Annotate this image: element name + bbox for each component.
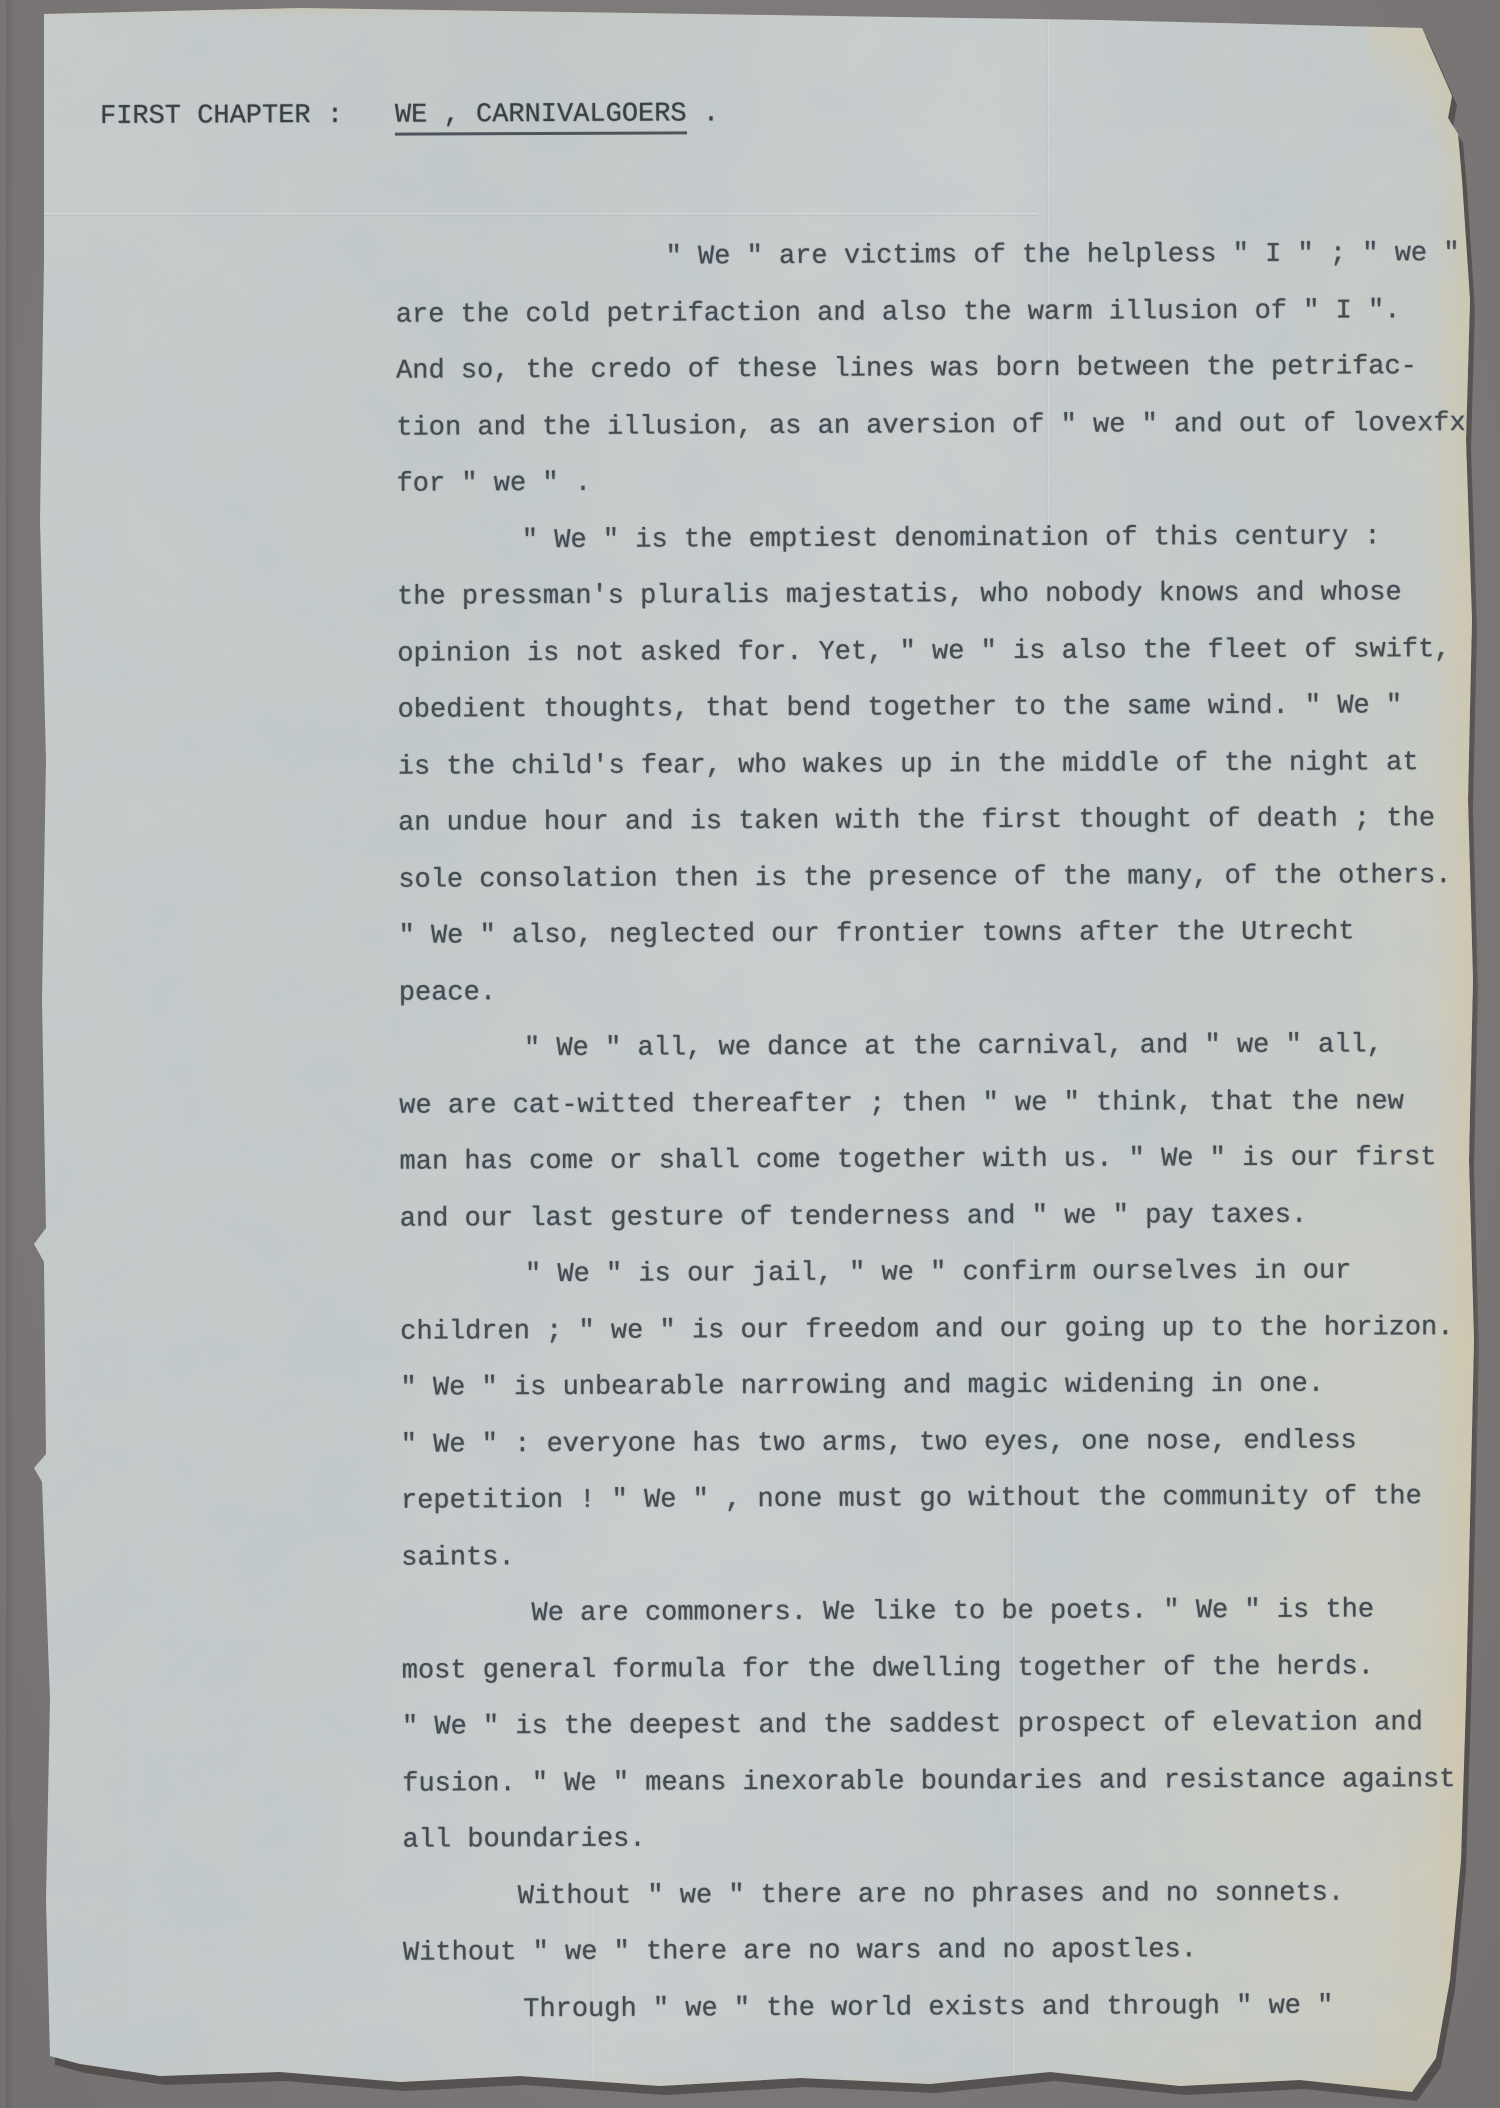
text-line: obedient thoughts, that bend together to… bbox=[397, 678, 1500, 739]
text-line: are the cold petrifaction and also the w… bbox=[396, 282, 1500, 343]
chapter-title-suffix: . bbox=[687, 99, 720, 129]
text-line: " We " all, we dance at the carnival, an… bbox=[399, 1017, 1500, 1078]
chapter-label: FIRST CHAPTER : bbox=[100, 103, 395, 131]
paragraph: Through " we " the world exists and thro… bbox=[403, 1977, 1500, 2038]
typewritten-content: FIRST CHAPTER :WE , CARNIVALGOERS . " We… bbox=[27, 0, 1484, 2098]
text-line: Through " we " the world exists and thro… bbox=[403, 1977, 1500, 2038]
text-line: " We " also, neglected our frontier town… bbox=[398, 904, 1500, 965]
text-line: peace. bbox=[399, 960, 1500, 1021]
text-line: saints. bbox=[401, 1525, 1500, 1586]
chapter-title-group: WE , CARNIVALGOERS . bbox=[395, 99, 719, 135]
text-line: And so, the credo of these lines was bor… bbox=[396, 339, 1500, 400]
scanner-edge-shadow bbox=[6, 0, 14, 2108]
text-line: all boundaries. bbox=[402, 1808, 1500, 1869]
text-line: is the child's fear, who wakes up in the… bbox=[398, 734, 1500, 795]
scan-background: FIRST CHAPTER :WE , CARNIVALGOERS . " We… bbox=[0, 0, 1500, 2108]
text-line: " We " are victims of the helpless " I "… bbox=[395, 226, 1500, 287]
text-line: tion and the illusion, as an aversion of… bbox=[396, 395, 1500, 456]
paragraph: Without " we " there are no phrases and … bbox=[403, 1864, 1500, 1982]
text-line: repetition ! " We " , none must go witho… bbox=[401, 1469, 1500, 1530]
text-line: and our last gesture of tenderness and "… bbox=[400, 1186, 1500, 1247]
text-line: Without " we " there are no wars and no … bbox=[403, 1921, 1500, 1982]
text-line: man has come or shall come together with… bbox=[399, 1130, 1500, 1191]
text-line: an undue hour and is taken with the firs… bbox=[398, 791, 1500, 852]
body-paragraphs: " We " are victims of the helpless " I "… bbox=[395, 226, 1500, 2039]
text-line: most general formula for the dwelling to… bbox=[402, 1638, 1500, 1699]
text-line: for " we " . bbox=[396, 452, 1500, 513]
text-line: " We " : everyone has two arms, two eyes… bbox=[401, 1412, 1500, 1473]
text-line: opinion is not asked for. Yet, " we " is… bbox=[397, 621, 1500, 682]
paragraph: We are commoners. We like to be poets. "… bbox=[401, 1582, 1500, 1869]
text-line: sole consolation then is the presence of… bbox=[398, 847, 1500, 908]
text-line: " We " is the deepest and the saddest pr… bbox=[402, 1695, 1500, 1756]
chapter-title: WE , CARNIVALGOERS bbox=[395, 99, 687, 135]
manuscript-page: FIRST CHAPTER :WE , CARNIVALGOERS . " We… bbox=[28, 6, 1476, 2098]
text-line: we are cat-witted thereafter ; then " we… bbox=[399, 1073, 1500, 1134]
text-line: " We " is the emptiest denomination of t… bbox=[397, 508, 1500, 569]
text-line: the pressman's pluralis majestatis, who … bbox=[397, 565, 1500, 626]
text-line: fusion. " We " means inexorable boundari… bbox=[402, 1751, 1500, 1812]
text-line: Without " we " there are no phrases and … bbox=[403, 1864, 1500, 1925]
text-line: children ; " we " is our freedom and our… bbox=[400, 1299, 1500, 1360]
text-line: " We " is unbearable narrowing and magic… bbox=[400, 1356, 1500, 1417]
text-line: We are commoners. We like to be poets. "… bbox=[401, 1582, 1500, 1643]
paragraph: " We " is our jail, " we " confirm ourse… bbox=[400, 1243, 1500, 1587]
paragraph: " We " are victims of the helpless " I "… bbox=[395, 226, 1500, 513]
paragraph: " We " is the emptiest denomination of t… bbox=[397, 508, 1500, 1021]
chapter-heading: FIRST CHAPTER :WE , CARNIVALGOERS . bbox=[100, 101, 719, 131]
text-line: " We " is our jail, " we " confirm ourse… bbox=[400, 1243, 1500, 1304]
paragraph: " We " all, we dance at the carnival, an… bbox=[399, 1017, 1500, 1248]
